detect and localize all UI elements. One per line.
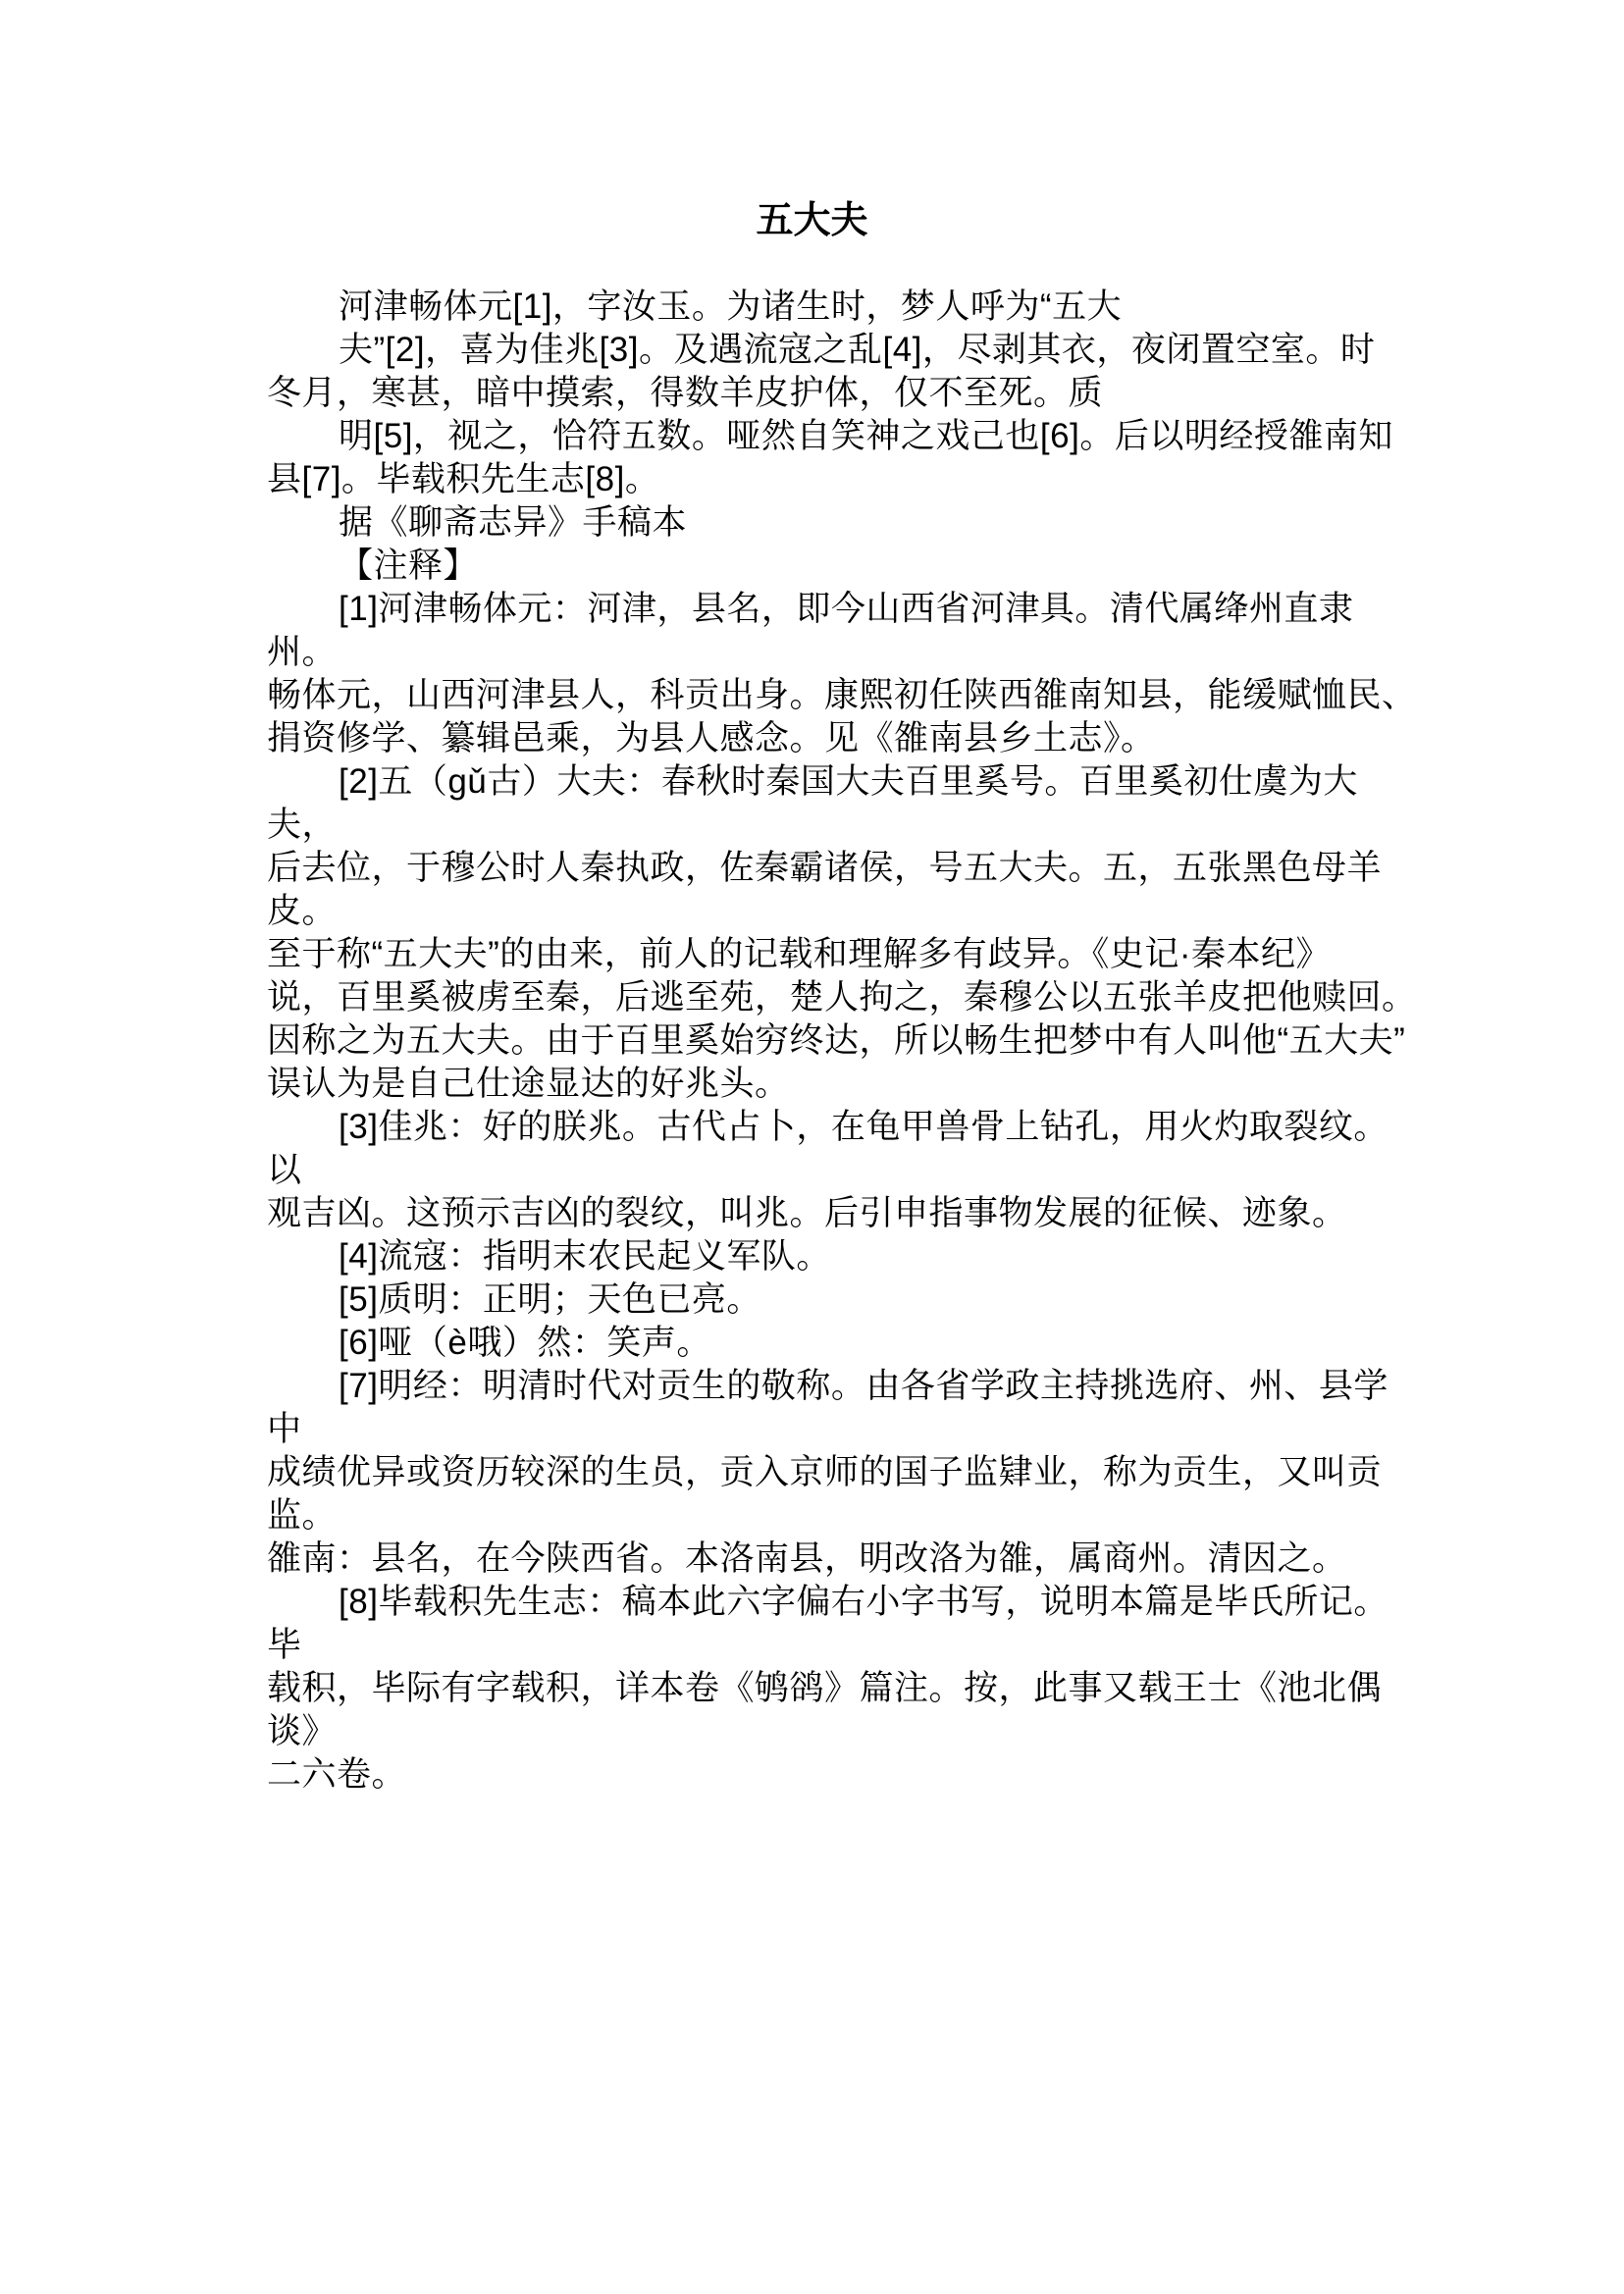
text-line: 观吉凶。这预示吉凶的裂纹，叫兆。后引申指事物发展的征候、迹象。 bbox=[267, 1192, 1423, 1235]
text-line: 明[5]，视之，恰符五数。哑然自笑神之戏己也[6]。后以明经授雒南知 bbox=[267, 415, 1423, 458]
text-line: 雒南：县名，在今陕西省。本洛南县，明改洛为雒，属商州。清因之。 bbox=[267, 1538, 1423, 1581]
text-line: 载积，毕际有字载积，详本卷《鸲鹆》篇注。按，此事又载王士《池北偶谈》 bbox=[267, 1667, 1423, 1753]
document-body: 河津畅体元[1]，字汝玉。为诸生时，梦人呼为“五大夫”[2]，喜为佳兆[3]。及… bbox=[0, 286, 1624, 1797]
text-line: 二六卷。 bbox=[267, 1753, 1423, 1797]
text-line: 县[7]。毕载积先生志[8]。 bbox=[267, 458, 1423, 501]
text-line: 说，百里奚被虏至秦，后逃至苑，楚人拘之，秦穆公以五张羊皮把他赎回。 bbox=[267, 976, 1423, 1019]
text-line: [4]流寇：指明末农民起义军队。 bbox=[267, 1235, 1423, 1278]
text-line: 后去位，于穆公时人秦执政，佐秦霸诸侯，号五大夫。五，五张黑色母羊皮。 bbox=[267, 847, 1423, 933]
text-line: 畅体元，山西河津县人，科贡出身。康熙初任陕西雒南知县，能缓赋恤民、 bbox=[267, 674, 1423, 717]
text-line: 误认为是自己仕途显达的好兆头。 bbox=[267, 1063, 1423, 1106]
text-line: 至于称“五大夫”的由来，前人的记载和理解多有歧异。《史记·秦本纪》 bbox=[267, 933, 1423, 976]
text-line: [7]明经：明清时代对贡生的敬称。由各省学政主持挑选府、州、县学中 bbox=[267, 1365, 1423, 1451]
text-line: [1]河津畅体元：河津，县名，即今山西省河津具。清代属绛州直隶州。 bbox=[267, 588, 1423, 674]
text-line: [3]佳兆：好的朕兆。古代占卜，在龟甲兽骨上钻孔，用火灼取裂纹。以 bbox=[267, 1106, 1423, 1192]
text-line: [6]哑（è哦）然：笑声。 bbox=[267, 1322, 1423, 1365]
text-line: 河津畅体元[1]，字汝玉。为诸生时，梦人呼为“五大 bbox=[267, 286, 1423, 329]
text-line: [5]质明：正明；天色已亮。 bbox=[267, 1278, 1423, 1322]
document-title: 五大夫 bbox=[0, 197, 1624, 244]
text-line: [8]毕载积先生志：稿本此六字偏右小字书写，说明本篇是毕氏所记。毕 bbox=[267, 1581, 1423, 1667]
text-line: 据《聊斋志异》手稿本 bbox=[267, 501, 1423, 545]
text-line: [2]五（gǔ古）大夫：春秋时秦国大夫百里奚号。百里奚初仕虞为大夫， bbox=[267, 760, 1423, 847]
text-line: 夫”[2]，喜为佳兆[3]。及遇流寇之乱[4]，尽剥其衣，夜闭置空室。时 bbox=[267, 329, 1423, 372]
document-page: 五大夫 河津畅体元[1]，字汝玉。为诸生时，梦人呼为“五大夫”[2]，喜为佳兆[… bbox=[0, 0, 1624, 2294]
text-line: 冬月，寒甚，暗中摸索，得数羊皮护体，仅不至死。质 bbox=[267, 372, 1423, 415]
text-line: 因称之为五大夫。由于百里奚始穷终达，所以畅生把梦中有人叫他“五大夫” bbox=[267, 1019, 1423, 1063]
text-line: 捐资修学、纂辑邑乘，为县人感念。见《雒南县乡土志》。 bbox=[267, 717, 1423, 760]
text-line: 【注释】 bbox=[267, 545, 1423, 588]
text-line: 成绩优异或资历较深的生员，贡入京师的国子监肄业，称为贡生，又叫贡监。 bbox=[267, 1451, 1423, 1538]
